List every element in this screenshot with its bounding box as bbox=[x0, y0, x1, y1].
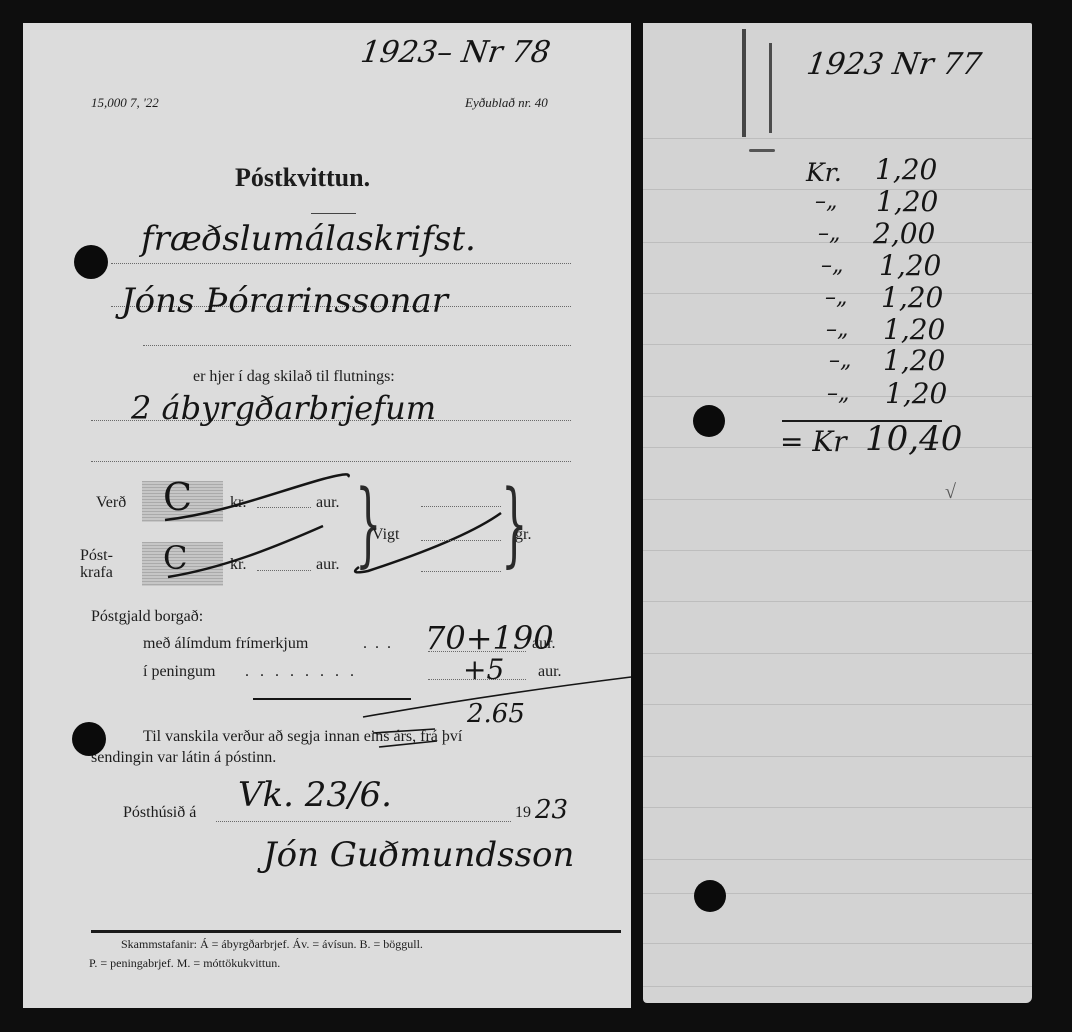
entry-amount: 1,20 bbox=[879, 249, 941, 282]
total-label: = Kr bbox=[780, 425, 847, 458]
post-office-value: Vk. 23/6. bbox=[238, 775, 392, 815]
tab-mark-bottom bbox=[749, 149, 775, 152]
ruled-line bbox=[643, 344, 1032, 345]
ditto-mark: –„ bbox=[829, 348, 851, 373]
punch-hole bbox=[693, 405, 725, 437]
entry-amount: 1,20 bbox=[876, 185, 938, 218]
ditto-mark: –„ bbox=[821, 253, 843, 278]
ditto-mark: –„ bbox=[818, 221, 840, 246]
handwritten-record-number: 1923 Nr 77 bbox=[805, 47, 984, 82]
ditto-mark: –„ bbox=[815, 189, 837, 214]
ruled-line bbox=[643, 499, 1032, 500]
abbreviations-line-1: Skammstafanir: Á = ábyrgðarbrjef. Áv. = … bbox=[121, 937, 423, 952]
entry-amount: 1,20 bbox=[881, 281, 943, 314]
ruled-line bbox=[643, 704, 1032, 705]
year-prefix: 19 bbox=[515, 804, 531, 822]
tab-mark-right bbox=[769, 43, 772, 133]
ruled-line bbox=[643, 807, 1032, 808]
stamps-leader: ... bbox=[363, 635, 399, 653]
ruled-line bbox=[643, 550, 1032, 551]
cash-aur-label: aur. bbox=[538, 663, 562, 681]
entry-amount: 1,20 bbox=[885, 377, 947, 410]
stamps-aur-label: aur. bbox=[532, 635, 556, 653]
ruled-line bbox=[643, 653, 1032, 654]
ruled-line bbox=[643, 859, 1032, 860]
punch-hole bbox=[694, 880, 726, 912]
right-brace: } bbox=[501, 478, 527, 570]
total-postage: 2.65 bbox=[467, 699, 525, 729]
year-suffix: 23 bbox=[535, 795, 568, 825]
currency-label: Kr. bbox=[806, 158, 842, 187]
notice-line-1: Til vanskila verður að segja innan eins … bbox=[143, 728, 462, 746]
weight-line-1 bbox=[421, 506, 501, 507]
postal-receipt-form: 1923– Nr 78 15,000 7, '22 Eyðublað nr. 4… bbox=[23, 23, 631, 1008]
ruled-line bbox=[643, 986, 1032, 987]
ruled-line bbox=[643, 943, 1032, 944]
punch-hole bbox=[72, 722, 106, 756]
cash-label: í peningum bbox=[143, 663, 215, 681]
punch-hole bbox=[74, 245, 108, 279]
ditto-mark: –„ bbox=[826, 317, 848, 342]
weight-label: Vigt bbox=[372, 526, 399, 544]
ruled-line bbox=[643, 601, 1032, 602]
grams-label: gr. bbox=[515, 526, 531, 544]
ditto-mark: –„ bbox=[825, 285, 847, 310]
ruled-line bbox=[643, 138, 1032, 139]
entry-amount: 1,20 bbox=[875, 153, 937, 186]
tab-mark-left bbox=[742, 29, 746, 137]
tally-note: 1923 Nr 77 Kr. 1,20 –„ 1,20 –„ 2,00 –„ 1… bbox=[643, 23, 1032, 1003]
post-office-dots bbox=[216, 821, 511, 822]
ruled-line bbox=[643, 189, 1032, 190]
post-office-label: Pósthúsið á bbox=[123, 804, 196, 822]
cash-value: +5 bbox=[463, 653, 504, 686]
ruled-line bbox=[643, 756, 1032, 757]
postage-heading: Póstgjald borgað: bbox=[91, 608, 203, 626]
left-brace: } bbox=[355, 478, 381, 570]
check-mark: √ bbox=[945, 481, 956, 504]
entry-amount: 1,20 bbox=[883, 344, 945, 377]
total-value: 10,40 bbox=[865, 419, 962, 459]
cash-leader: ........ bbox=[245, 663, 365, 681]
weight-line-2 bbox=[421, 540, 501, 541]
abbreviations-line-2: P. = peningabrjef. M. = móttökukvittun. bbox=[89, 956, 280, 971]
stamps-label: með álímdum frímerkjum bbox=[143, 635, 308, 653]
weight-line-3 bbox=[421, 571, 501, 572]
footer-rule bbox=[91, 930, 621, 933]
notice-line-2: sendingin var látin á póstinn. bbox=[91, 749, 276, 767]
ditto-mark: –„ bbox=[827, 381, 849, 406]
postmaster-signature: Jón Guðmundsson bbox=[263, 835, 574, 875]
entry-amount: 1,20 bbox=[883, 313, 945, 346]
entry-amount: 2,00 bbox=[873, 217, 935, 250]
